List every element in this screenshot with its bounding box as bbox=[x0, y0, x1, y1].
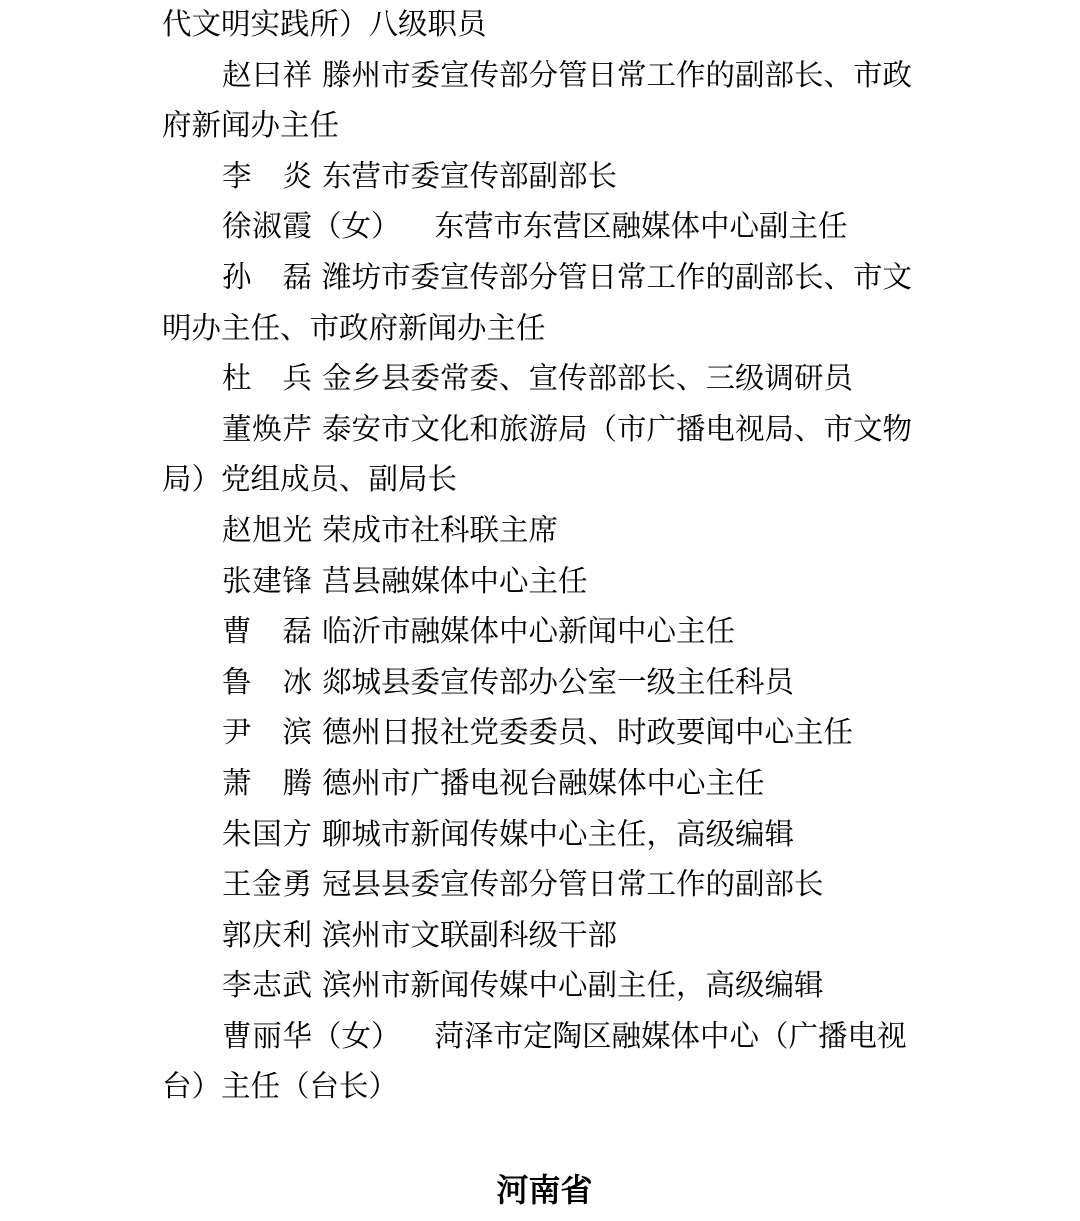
position-text: 德州日报社党委委员、时政要闻中心主任 bbox=[322, 716, 853, 749]
entry-line: 杜兵金乡县委常委、宣传部部长、三级调研员 bbox=[162, 354, 927, 405]
gender-note: （女） bbox=[312, 210, 401, 243]
position-text: 滨州市新闻传媒中心副主任，高级编辑 bbox=[322, 969, 824, 1002]
position-text: 郯城县委宣传部办公室一级主任科员 bbox=[322, 666, 794, 699]
position-text: 德州市广播电视台融媒体中心主任 bbox=[322, 767, 765, 800]
position-text: 菏泽市定陶区融媒体中心（广播电视 bbox=[435, 1020, 907, 1053]
person-name: 王金勇 bbox=[222, 860, 312, 911]
document-body: 代文明实践所）八级职员赵曰祥滕州市委宣传部分管日常工作的副部长、市政府新闻办主任… bbox=[0, 0, 1080, 1221]
position-text: 东营市东营区融媒体中心副主任 bbox=[435, 210, 848, 243]
person-name: 曹磊 bbox=[222, 607, 312, 658]
person-name: 郭庆利 bbox=[222, 911, 312, 962]
gender-note: （女） bbox=[312, 1020, 401, 1053]
entry-line: 董焕芹泰安市文化和旅游局（市广播电视局、市文物 bbox=[162, 405, 927, 456]
document-lines: 代文明实践所）八级职员赵曰祥滕州市委宣传部分管日常工作的副部长、市政府新闻办主任… bbox=[162, 0, 927, 1113]
position-text: 潍坊市委宣传部分管日常工作的副部长、市文 bbox=[322, 261, 912, 294]
entry-line: 赵旭光荣成市社科联主席 bbox=[162, 506, 927, 557]
continuation-line: 局）党组成员、副局长 bbox=[162, 455, 927, 506]
person-name: 徐淑霞 bbox=[222, 202, 312, 253]
entry-line: 李志武滨州市新闻传媒中心副主任，高级编辑 bbox=[162, 961, 927, 1012]
position-text: 莒县融媒体中心主任 bbox=[322, 565, 588, 598]
position-text: 滕州市委宣传部分管日常工作的副部长、市政 bbox=[322, 59, 912, 92]
position-text: 东营市委宣传部副部长 bbox=[322, 160, 617, 193]
person-name: 鲁冰 bbox=[222, 658, 312, 709]
entry-line: 朱国方聊城市新闻传媒中心主任，高级编辑 bbox=[162, 810, 927, 861]
entry-line: 曹丽华（女）菏泽市定陶区融媒体中心（广播电视 bbox=[162, 1012, 927, 1063]
entry-line: 李炎东营市委宣传部副部长 bbox=[162, 152, 927, 203]
person-name: 赵旭光 bbox=[222, 506, 312, 557]
document-page: { "colors": { "background": "#ffffff", "… bbox=[0, 0, 1080, 1221]
person-name: 张建锋 bbox=[222, 557, 312, 608]
position-text: 聊城市新闻传媒中心主任，高级编辑 bbox=[322, 818, 794, 851]
continuation-line: 台）主任（台长） bbox=[162, 1062, 927, 1113]
section-heading: 河南省 bbox=[162, 1165, 927, 1216]
continuation-line: 代文明实践所）八级职员 bbox=[162, 0, 927, 51]
position-text: 泰安市文化和旅游局（市广播电视局、市文物 bbox=[322, 413, 912, 446]
continuation-line: 府新闻办主任 bbox=[162, 101, 927, 152]
entry-line: 徐淑霞（女）东营市东营区融媒体中心副主任 bbox=[162, 202, 927, 253]
entry-line: 王金勇冠县县委宣传部分管日常工作的副部长 bbox=[162, 860, 927, 911]
continuation-line: 明办主任、市政府新闻办主任 bbox=[162, 304, 927, 355]
person-name: 萧腾 bbox=[222, 759, 312, 810]
entry-line: 尹滨德州日报社党委委员、时政要闻中心主任 bbox=[162, 708, 927, 759]
entry-line: 赵曰祥滕州市委宣传部分管日常工作的副部长、市政 bbox=[162, 51, 927, 102]
person-name: 孙磊 bbox=[222, 253, 312, 304]
position-text: 荣成市社科联主席 bbox=[322, 514, 558, 547]
position-text: 滨州市文联副科级干部 bbox=[322, 919, 617, 952]
person-name: 朱国方 bbox=[222, 810, 312, 861]
entry-line: 曹磊临沂市融媒体中心新闻中心主任 bbox=[162, 607, 927, 658]
position-text: 临沂市融媒体中心新闻中心主任 bbox=[322, 615, 735, 648]
entry-line: 郭庆利滨州市文联副科级干部 bbox=[162, 911, 927, 962]
person-name: 李炎 bbox=[222, 152, 312, 203]
person-name: 董焕芹 bbox=[222, 405, 312, 456]
person-name: 杜兵 bbox=[222, 354, 312, 405]
person-name: 曹丽华 bbox=[222, 1012, 312, 1063]
person-name: 尹滨 bbox=[222, 708, 312, 759]
entry-line: 孙磊潍坊市委宣传部分管日常工作的副部长、市文 bbox=[162, 253, 927, 304]
person-name: 赵曰祥 bbox=[222, 51, 312, 102]
person-name: 李志武 bbox=[222, 961, 312, 1012]
position-text: 冠县县委宣传部分管日常工作的副部长 bbox=[322, 868, 824, 901]
entry-line: 鲁冰郯城县委宣传部办公室一级主任科员 bbox=[162, 658, 927, 709]
entry-line: 张建锋莒县融媒体中心主任 bbox=[162, 557, 927, 608]
position-text: 金乡县委常委、宣传部部长、三级调研员 bbox=[322, 362, 853, 395]
entry-line: 萧腾德州市广播电视台融媒体中心主任 bbox=[162, 759, 927, 810]
